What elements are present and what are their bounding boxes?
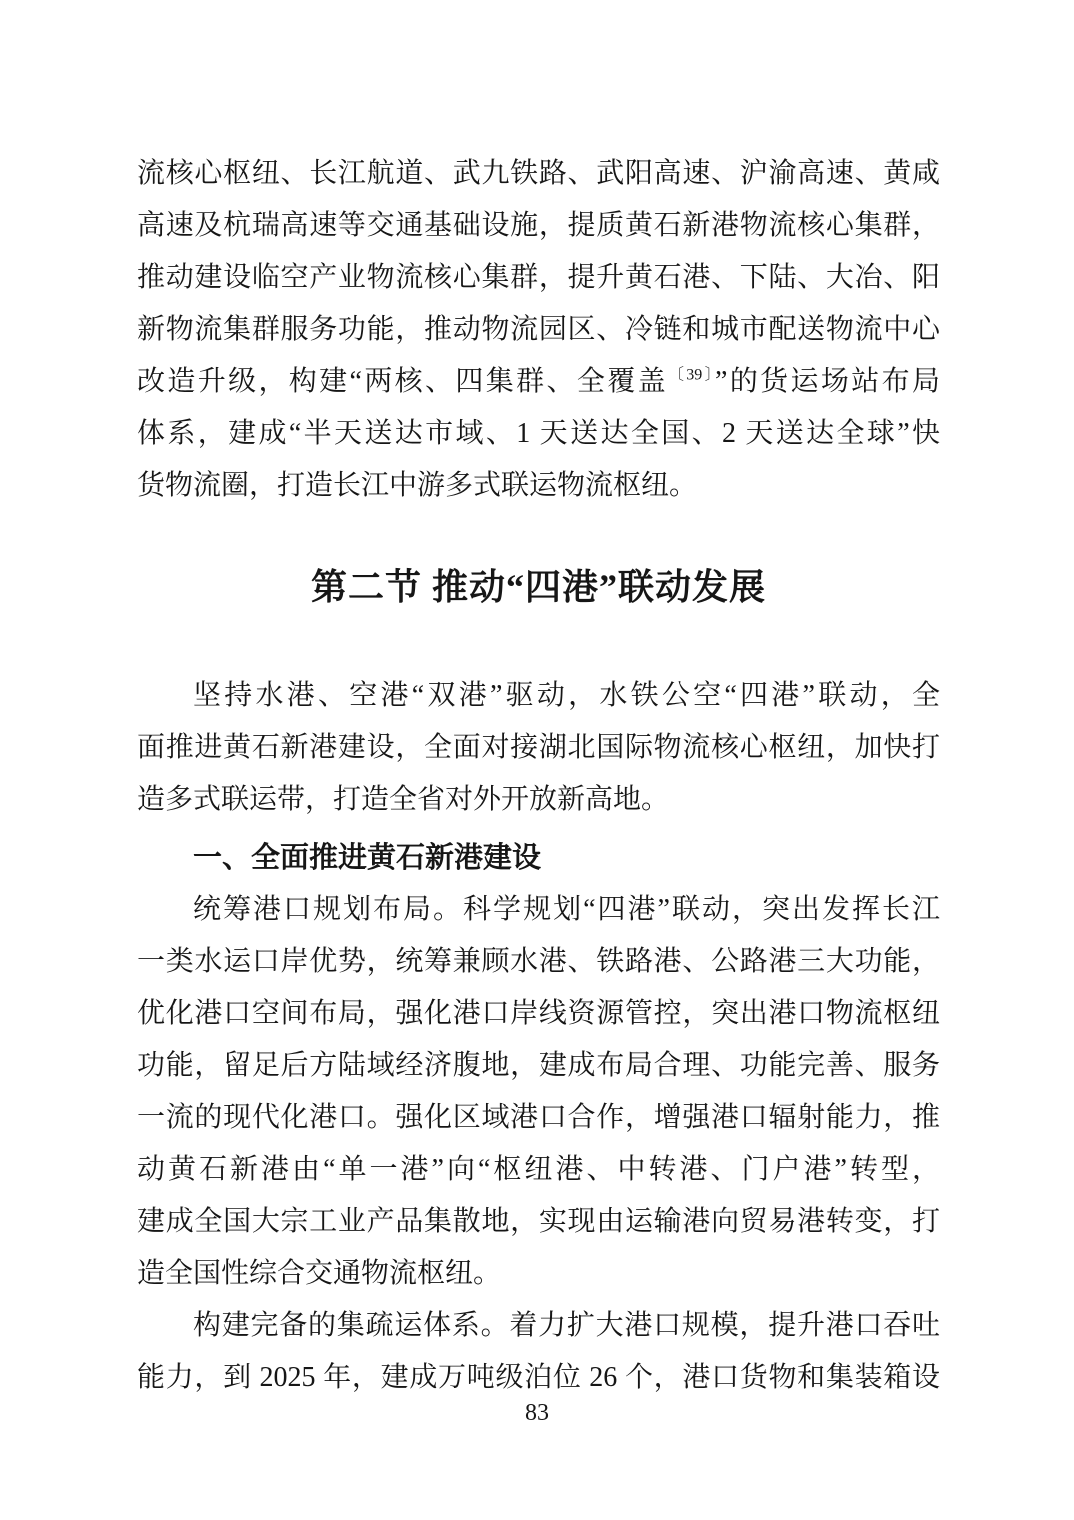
- text-line: 推动建设临空产业物流核心集群，提升黄石港、下陆、大冶、阳: [137, 252, 940, 304]
- text-line: 面推进黄石新港建设，全面对接湖北国际物流核心枢纽，加快打: [137, 722, 940, 774]
- paragraph-intro: 坚持水港、空港“双港”驱动，水铁公空“四港”联动，全 面推进黄石新港建设，全面对…: [137, 670, 940, 826]
- paragraph-port-planning: 统筹港口规划布局。科学规划“四港”联动，突出发挥长江 一类水运口岸优势，统筹兼顾…: [137, 884, 940, 1300]
- text-line: 造全国性综合交通物流枢纽。: [137, 1248, 940, 1300]
- page-content: 流核心枢纽、长江航道、武九铁路、武阳高速、沪渝高速、黄咸 高速及杭瑞高速等交通基…: [137, 148, 940, 1404]
- subsection-heading: 一、全面推进黄石新港建设: [137, 832, 940, 884]
- section-heading: 第二节 推动“四港”联动发展: [137, 558, 940, 616]
- text-line: 构建完备的集疏运体系。着力扩大港口规模，提升港口吞吐: [137, 1300, 940, 1352]
- document-page: 流核心枢纽、长江航道、武九铁路、武阳高速、沪渝高速、黄咸 高速及杭瑞高速等交通基…: [0, 0, 1074, 1520]
- text-line: 新物流集群服务功能，推动物流园区、冷链和城市配送物流中心: [137, 304, 940, 356]
- text-line: 建成全国大宗工业产品集散地，实现由运输港向贸易港转变，打: [137, 1196, 940, 1248]
- text-line: 能力，到 2025 年，建成万吨级泊位 26 个，港口货物和集装箱设: [137, 1352, 940, 1404]
- page-number: 83: [0, 1398, 1074, 1428]
- text-line: 功能，留足后方陆域经济腹地，建成布局合理、功能完善、服务: [137, 1040, 940, 1092]
- text-line: 一流的现代化港口。强化区域港口合作，增强港口辐射能力，推: [137, 1092, 940, 1144]
- text-line: 坚持水港、空港“双港”驱动，水铁公空“四港”联动，全: [137, 670, 940, 722]
- text-segment: ”的货运场站布局: [715, 366, 940, 397]
- text-line: 高速及杭瑞高速等交通基础设施，提质黄石新港物流核心集群，: [137, 200, 940, 252]
- text-segment: 改造升级，构建“两核、四集群、全覆盖: [137, 366, 668, 397]
- paragraph-transport-system: 构建完备的集疏运体系。着力扩大港口规模，提升港口吞吐 能力，到 2025 年，建…: [137, 1300, 940, 1404]
- text-line: 流核心枢纽、长江航道、武九铁路、武阳高速、沪渝高速、黄咸: [137, 148, 940, 200]
- text-line: 体系，建成“半天送达市域、1 天送达全国、2 天送达全球”快: [137, 408, 940, 460]
- text-line-with-footnote: 改造升级，构建“两核、四集群、全覆盖〔39〕”的货运场站布局: [137, 356, 940, 408]
- paragraph-continuation: 流核心枢纽、长江航道、武九铁路、武阳高速、沪渝高速、黄咸 高速及杭瑞高速等交通基…: [137, 148, 940, 512]
- text-line: 优化港口空间布局，强化港口岸线资源管控，突出港口物流枢纽: [137, 988, 940, 1040]
- text-line: 统筹港口规划布局。科学规划“四港”联动，突出发挥长江: [137, 884, 940, 936]
- text-line: 货物流圈，打造长江中游多式联运物流枢纽。: [137, 460, 940, 512]
- text-line: 一类水运口岸优势，统筹兼顾水港、铁路港、公路港三大功能，: [137, 936, 940, 988]
- footnote-ref-39: 〔39〕: [668, 367, 715, 384]
- text-line: 造多式联运带，打造全省对外开放新高地。: [137, 774, 940, 826]
- text-line: 动黄石新港由“单一港”向“枢纽港、中转港、门户港”转型，: [137, 1144, 940, 1196]
